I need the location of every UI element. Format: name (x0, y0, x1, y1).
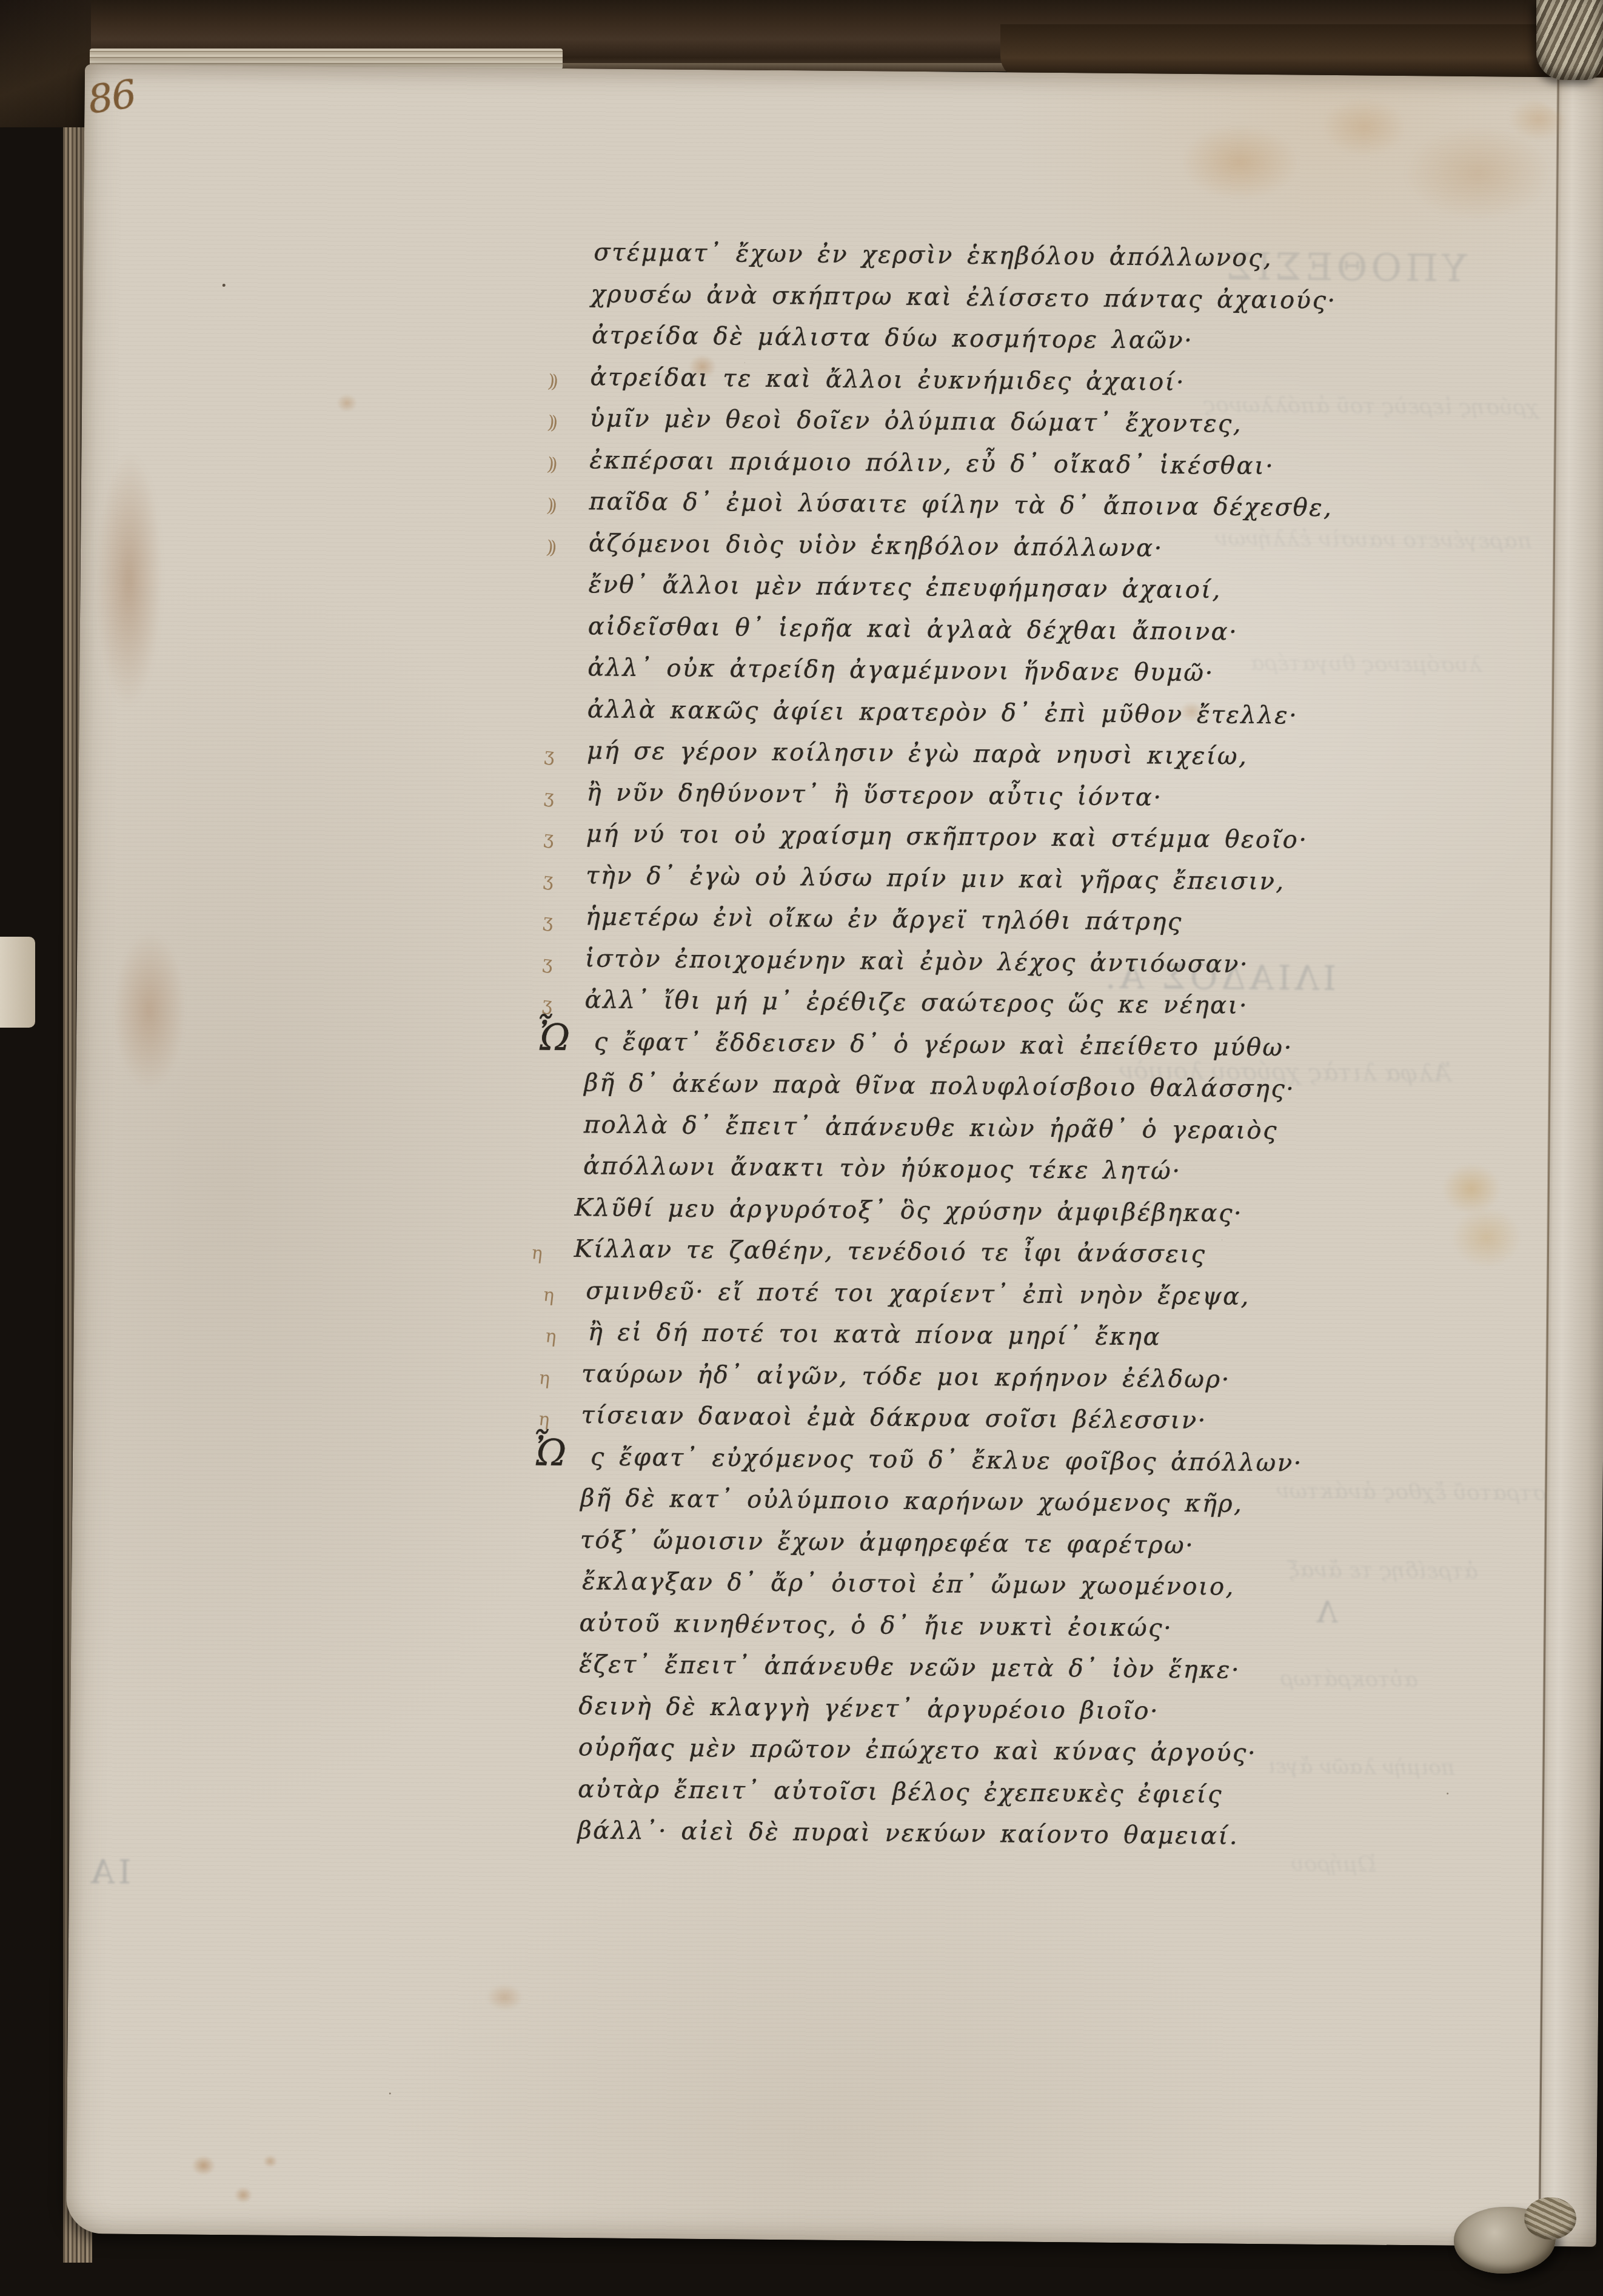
verse-text: τίσειαν δαναοὶ ἐμὰ δάκρυα σοῖσι βέλεσσιν… (581, 1401, 1207, 1434)
verse-line: βάλλ᾽· αἰεὶ δὲ πυραὶ νεκύων καίοντο θαμε… (577, 1815, 1239, 1862)
verse-line: πολλὰ δ᾽ ἔπειτ᾽ ἀπάνευθε κιὼν ἠρᾶθ᾽ ὁ γε… (583, 1109, 1278, 1156)
verse-text: βάλλ᾽· αἰεὶ δὲ πυραὶ νεκύων καίοντο θαμε… (577, 1816, 1239, 1850)
verse-line: ησμινθεῦ· εἴ ποτέ τοι χαρίεντ᾽ ἐπὶ νηὸν … (586, 1275, 1250, 1322)
verse-text: ἀλλὰ κακῶς ἀφίει κρατερὸν δ᾽ ἐπὶ μῦθον ἔ… (587, 695, 1299, 729)
verse-text: τόξ᾽ ὤμοισιν ἔχων ἀμφηρεφέα τε φαρέτρω· (580, 1526, 1195, 1559)
ink-speck (223, 284, 226, 287)
margin-mark: ʒ (543, 739, 553, 771)
foxing-stain (163, 2126, 297, 2224)
foxing-stain (336, 394, 357, 412)
verse-line: ἕζετ᾽ ἔπειτ᾽ ἀπάνευθε νεῶν μετὰ δ᾽ ἰὸν ἕ… (579, 1648, 1241, 1696)
margin-mark: η (537, 1404, 548, 1436)
margin-mark: ʒ (541, 947, 551, 979)
verse-text: ἔνθ᾽ ἄλλοι μὲν πάντες ἐπευφήμησαν ἀχαιοί… (588, 571, 1222, 604)
verse-line: δεινὴ δὲ κλαγγὴ γένετ᾽ ἀργυρέοιο βιοῖο· (578, 1690, 1159, 1736)
margin-mark: )) (546, 407, 556, 439)
verse-text: χρυσέω ἀνὰ σκήπτρω καὶ ἐλίσσετο πάντας ἀ… (591, 280, 1337, 315)
margin-mark: ʒ (541, 905, 552, 937)
verse-line: βῆ δὲ κατ᾽ οὐλύμποιο καρήνων χωόμενος κῆ… (580, 1482, 1243, 1530)
verse-text: Κλῦθί μευ ἀργυρότοξ᾽ ὃς χρύσην ἀμφιβέβηκ… (574, 1194, 1243, 1228)
verse-text: ἐκπέρσαι πριάμοιο πόλιν, εὖ δ᾽ οἴκαδ᾽ ἱκ… (589, 446, 1275, 480)
verse-line: ))παῖδα δ᾽ ἐμοὶ λύσαιτε φίλην τὰ δ᾽ ἄποι… (589, 486, 1333, 534)
verse-line: ʒἢ νῦν δηθύνοντ᾽ ἢ ὕστερον αὖτις ἰόντα· (586, 777, 1163, 823)
margin-mark: η (541, 1279, 552, 1311)
clasp-strap-edge (0, 937, 35, 1028)
verse-text: τὴν δ᾽ ἐγὼ οὐ λύσω πρίν μιν καὶ γῆρας ἔπ… (586, 862, 1285, 895)
verse-text: δεινὴ δὲ κλαγγὴ γένετ᾽ ἀργυρέοιο βιοῖο· (578, 1692, 1159, 1725)
verse-text: στέμματ᾽ ἔχων ἐν χερσὶν ἑκηβόλου ἀπόλλων… (594, 238, 1273, 272)
verse-text: ς ἔφατ᾽ εὐχόμενος τοῦ δ᾽ ἔκλυε φοῖβος ἀπ… (591, 1443, 1303, 1477)
verse-text: ἱστὸν ἐποιχομένην καὶ ἐμὸν λέχος ἀντιόωσ… (585, 945, 1249, 979)
verse-line: ʒτὴν δ᾽ ἐγὼ οὐ λύσω πρίν μιν καὶ γῆρας ἔ… (586, 860, 1285, 907)
verse-line: οὐρῆας μὲν πρῶτον ἐπώχετο καὶ κύνας ἀργο… (578, 1732, 1257, 1779)
verse-text: Κίλλαν τε ζαθέην, τενέδοιό τε ἶφι ἀνάσσε… (574, 1235, 1206, 1268)
initial-omega: Ὦ (532, 1434, 568, 1471)
verse-text: αὐτοῦ κινηθέντος, ὁ δ᾽ ἤιε νυκτὶ ἐοικώς· (579, 1609, 1173, 1642)
verse-line: Κλῦθί μευ ἀργυρότοξ᾽ ὃς χρύσην ἀμφιβέβηκ… (574, 1192, 1243, 1239)
bleed-through-text: ΙΑ (87, 1853, 132, 1892)
initial-omega: Ὦ (536, 1019, 572, 1056)
verse-line: ʒἀλλ᾽ ἴθι μή μ᾽ ἐρέθιζε σαώτερος ὥς κε ν… (584, 984, 1248, 1031)
margin-mark: )) (544, 532, 555, 564)
verse-text: αἰδεῖσθαι θ᾽ ἱερῆα καὶ ἀγλαὰ δέχθαι ἄποι… (588, 612, 1239, 646)
manuscript-page: 86 ΥΠΟΘΕΣΙΣχρύσης ἱερεὺς τοῦ ἀπόλλωνοςπα… (66, 64, 1603, 2247)
verse-text: βῆ δὲ κατ᾽ οὐλύμποιο καρήνων χωόμενος κῆ… (580, 1484, 1243, 1518)
verse-text: ἀτρείδαι τε καὶ ἄλλοι ἐυκνήμιδες ἀχαιοί· (590, 363, 1185, 397)
margin-mark: η (537, 1362, 548, 1394)
verse-line: βῆ δ᾽ ἀκέων παρὰ θῖνα πολυφλοίσβοιο θαλά… (584, 1067, 1296, 1114)
verse-text: ἀπόλλωνι ἄνακτι τὸν ἠύκομος τέκε λητώ· (583, 1152, 1182, 1185)
verse-line: ἀλλ᾽ οὐκ ἀτρείδη ἀγαμέμνονι ἥνδανε θυμῶ· (587, 652, 1214, 698)
verse-line: ))ἐκπέρσαι πριάμοιο πόλιν, εὖ δ᾽ οἴκαδ᾽ … (589, 444, 1275, 492)
verse-line: ἀπόλλωνι ἄνακτι τὸν ἠύκομος τέκε λητώ· (583, 1150, 1182, 1197)
book-page-scan: 86 ΥΠΟΘΕΣΙΣχρύσης ἱερεὺς τοῦ ἀπόλλωνοςπα… (0, 0, 1603, 2296)
verse-line: στέμματ᾽ ἔχων ἐν χερσὶν ἑκηβόλου ἀπόλλων… (594, 236, 1273, 284)
verse-text: μή νύ τοι οὐ χραίσμη σκῆπτρον καὶ στέμμα… (586, 820, 1308, 854)
verse-line: ʒἡμετέρω ἐνὶ οἴκω ἐν ἄργεϊ τηλόθι πάτρης (585, 901, 1183, 948)
verse-text: παῖδα δ᾽ ἐμοὶ λύσαιτε φίλην τὰ δ᾽ ἄποινα… (589, 487, 1333, 522)
foxing-stain (486, 1984, 523, 2011)
verse-line: αἰδεῖσθαι θ᾽ ἱερῆα καὶ ἀγλαὰ δέχθαι ἄποι… (588, 611, 1239, 657)
verse-line: ηΚίλλαν τε ζαθέην, τενέδοιό τε ἶφι ἀνάσσ… (574, 1233, 1206, 1280)
verse-line: ἔκλαγξαν δ᾽ ἄρ᾽ ὀιστοὶ ἐπ᾽ ὤμων χωομένοι… (582, 1565, 1235, 1612)
verse-line: Ὦς ἔφατ᾽ εὐχόμενος τοῦ δ᾽ ἔκλυε φοῖβος ἀ… (591, 1441, 1303, 1488)
verse-line: ητίσειαν δαναοὶ ἐμὰ δάκρυα σοῖσι βέλεσσι… (581, 1399, 1207, 1446)
verse-text: οὐρῆας μὲν πρῶτον ἐπώχετο καὶ κύνας ἀργο… (578, 1733, 1257, 1767)
verse-text: ἕζετ᾽ ἔπειτ᾽ ἀπάνευθε νεῶν μετὰ δ᾽ ἰὸν ἕ… (579, 1650, 1240, 1684)
verse-text: μή σε γέρον κοίλησιν ἐγὼ παρὰ νηυσὶ κιχε… (587, 737, 1248, 771)
verse-line: Ὦς ἔφατ᾽ ἔδδεισεν δ᾽ ὁ γέρων καὶ ἐπείθετ… (594, 1026, 1293, 1073)
margin-mark: η (544, 1320, 555, 1353)
verse-text: ἢ νῦν δηθύνοντ᾽ ἢ ὕστερον αὖτις ἰόντα· (586, 778, 1162, 811)
verse-text: ἡμετέρω ἐνὶ οἴκω ἐν ἄργεϊ τηλόθι πάτρης (586, 903, 1183, 936)
verse-text: ταύρων ἠδ᾽ αἰγῶν, τόδε μοι κρήηνον ἐέλδω… (581, 1360, 1231, 1393)
binding-top-right (1000, 24, 1603, 80)
verse-line: χρυσέω ἀνὰ σκήπτρω καὶ ἐλίσσετο πάντας ἀ… (591, 278, 1337, 326)
verse-line: ηταύρων ἠδ᾽ αἰγῶν, τόδε μοι κρήηνον ἐέλδ… (581, 1358, 1231, 1405)
foxing-stain (112, 931, 186, 1089)
verse-line: αὐτοῦ κινηθέντος, ὁ δ᾽ ἤιε νυκτὶ ἐοικώς· (579, 1607, 1173, 1654)
margin-mark: ʒ (541, 864, 552, 896)
verse-text: ἀτρείδα δὲ μάλιστα δύω κοσμήτορε λαῶν· (592, 321, 1194, 355)
verse-line: ηἢ εἰ δή ποτέ τοι κατὰ πίονα μηρί᾽ ἔκηα (587, 1316, 1161, 1362)
verse-text: αὐτὰρ ἔπειτ᾽ αὐτοῖσι βέλος ἐχεπευκὲς ἐφι… (578, 1775, 1223, 1809)
margin-mark: )) (545, 490, 555, 522)
margin-mark: ʒ (541, 988, 551, 1020)
foxing-stain (95, 452, 164, 708)
verse-line: ))ἁζόμενοι διὸς υἱὸν ἑκηβόλον ἀπόλλωνα· (589, 527, 1163, 574)
folio-number: 86 (85, 72, 138, 124)
sewing-knot (1454, 2207, 1556, 2274)
verse-line: ʒμή σε γέρον κοίλησιν ἐγὼ παρὰ νηυσὶ κιχ… (587, 735, 1248, 782)
verse-line: τόξ᾽ ὤμοισιν ἔχων ἀμφηρεφέα τε φαρέτρω· (580, 1524, 1194, 1571)
verse-line: ʒἱστὸν ἐποιχομένην καὶ ἐμὸν λέχος ἀντιόω… (585, 943, 1250, 990)
margin-mark: )) (546, 366, 557, 398)
verse-text: ἀλλ᾽ ἴθι μή μ᾽ ἐρέθιζε σαώτερος ὥς κε νέ… (584, 986, 1248, 1020)
binding-top-left-corner (0, 0, 91, 127)
verse-line: ))ὑμῖν μὲν θεοὶ δοῖεν ὀλύμπια δώματ᾽ ἔχο… (590, 403, 1243, 449)
verse-text: σμινθεῦ· εἴ ποτέ τοι χαρίεντ᾽ ἐπὶ νηὸν ἔ… (586, 1277, 1250, 1311)
verse-text: πολλὰ δ᾽ ἔπειτ᾽ ἀπάνευθε κιὼν ἠρᾶθ᾽ ὁ γε… (584, 1111, 1279, 1145)
margin-mark: ʒ (543, 781, 553, 813)
verse-line: ))ἀτρείδαι τε καὶ ἄλλοι ἐυκνήμιδες ἀχαιο… (590, 361, 1185, 408)
margin-mark: η (530, 1237, 541, 1270)
metal-clasp-icon (1536, 0, 1603, 80)
verse-text: ἢ εἰ δή ποτέ τοι κατὰ πίονα μηρί᾽ ἔκηα (588, 1318, 1162, 1351)
verse-text: βῆ δ᾽ ἀκέων παρὰ θῖνα πολυφλοίσβοιο θαλά… (584, 1069, 1295, 1103)
verse-text: ἔκλαγξαν δ᾽ ἄρ᾽ ὀιστοὶ ἐπ᾽ ὤμων χωομένοι… (582, 1567, 1235, 1601)
verse-line: ἔνθ᾽ ἄλλοι μὲν πάντες ἐπευφήμησαν ἀχαιοί… (588, 569, 1222, 615)
verse-text: ἀλλ᾽ οὐκ ἀτρείδη ἀγαμέμνονι ἥνδανε θυμῶ· (587, 654, 1214, 687)
verse-line: ἀτρείδα δὲ μάλιστα δύω κοσμήτορε λαῶν· (592, 320, 1194, 366)
verse-text: ς ἔφατ᾽ ἔδδεισεν δ᾽ ὁ γέρων καὶ ἐπείθετο… (594, 1028, 1293, 1062)
verse-line: αὐτὰρ ἔπειτ᾽ αὐτοῖσι βέλος ἐχεπευκὲς ἐφι… (578, 1773, 1223, 1820)
text-block: στέμματ᾽ ἔχων ἐν χερσὶν ἑκηβόλου ἀπόλλων… (574, 69, 1502, 2246)
verse-text: ἁζόμενοι διὸς υἱὸν ἑκηβόλον ἀπόλλωνα· (589, 529, 1163, 562)
verse-line: ʒμή νύ τοι οὐ χραίσμη σκῆπτρον καὶ στέμμ… (586, 818, 1308, 865)
margin-mark: )) (545, 449, 555, 481)
margin-mark: ʒ (542, 822, 552, 854)
verse-text: ὑμῖν μὲν θεοὶ δοῖεν ὀλύμπια δώματ᾽ ἔχοντ… (590, 404, 1243, 438)
verse-line: ἀλλὰ κακῶς ἀφίει κρατερὸν δ᾽ ἐπὶ μῦθον ἔ… (587, 694, 1298, 741)
